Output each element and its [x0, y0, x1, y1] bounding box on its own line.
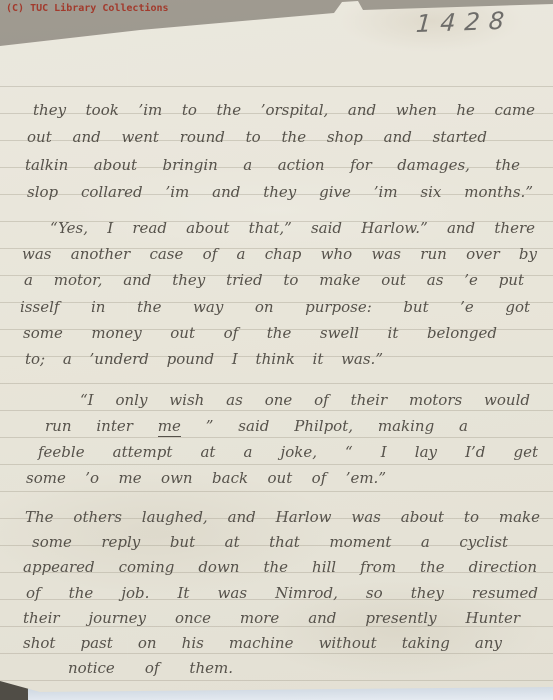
manuscript-line: to; a ’underd pound I think it was.”	[25, 346, 383, 372]
manuscript-line: isself in the way on purpose: but ’e got	[20, 294, 530, 320]
manuscript-scan: 1428 they took ’im to the ’orspital, and…	[0, 0, 553, 700]
manuscript-line: notice of them.	[68, 656, 233, 681]
manuscript-line: some reply but at that moment a cyclist	[32, 530, 508, 555]
underlined-word: me	[158, 417, 181, 437]
manuscript-line: talkin about bringin a action for damage…	[25, 152, 520, 179]
manuscript-line: of the job. It was Nimrod, so they resum…	[26, 581, 538, 606]
manuscript-line: “Yes, I read about that,” said Harlow.” …	[50, 215, 535, 241]
manuscript-line: appeared coming down the hill from the d…	[23, 555, 537, 580]
manuscript-line: some ’o me own back out of ’em.”	[26, 465, 386, 491]
manuscript-line: run inter me ” said Philpot, making a	[45, 413, 468, 439]
manuscript-line: “I only wish as one of their motors woul…	[80, 387, 530, 413]
manuscript-line: they took ’im to the ’orspital, and when…	[33, 97, 535, 124]
manuscript-line-segment: ” said Philpot, making a	[181, 417, 468, 435]
manuscript-line: out and went round to the shop and start…	[27, 124, 487, 151]
manuscript-line: The others laughed, and Harlow was about…	[25, 505, 540, 530]
manuscript-line: feeble attempt at a joke, “ I lay I’d ge…	[38, 439, 538, 465]
paper-sheet: 1428 they took ’im to the ’orspital, and…	[0, 0, 553, 700]
paragraph-4: The others laughed, and Harlow was about…	[0, 505, 553, 681]
manuscript-line-segment: run inter	[45, 417, 158, 435]
paragraph-2: “Yes, I read about that,” said Harlow.” …	[0, 215, 553, 372]
library-watermark: (C) TUC Library Collections	[6, 3, 169, 14]
manuscript-line: a motor, and they tried to make out as ’…	[24, 267, 524, 293]
paragraph-1: they took ’im to the ’orspital, and when…	[0, 97, 553, 206]
page-number: 1428	[415, 6, 527, 38]
manuscript-line: was another case of a chap who was run o…	[22, 241, 537, 267]
manuscript-line: their journey once more and presently Hu…	[23, 606, 520, 631]
manuscript-line: shot past on his machine without taking …	[23, 631, 502, 656]
manuscript-line: some money out of the swell it belonged	[23, 320, 497, 346]
manuscript-line: slop collared ’im and they give ’im six …	[27, 179, 533, 206]
paragraph-3: “I only wish as one of their motors woul…	[0, 387, 553, 491]
